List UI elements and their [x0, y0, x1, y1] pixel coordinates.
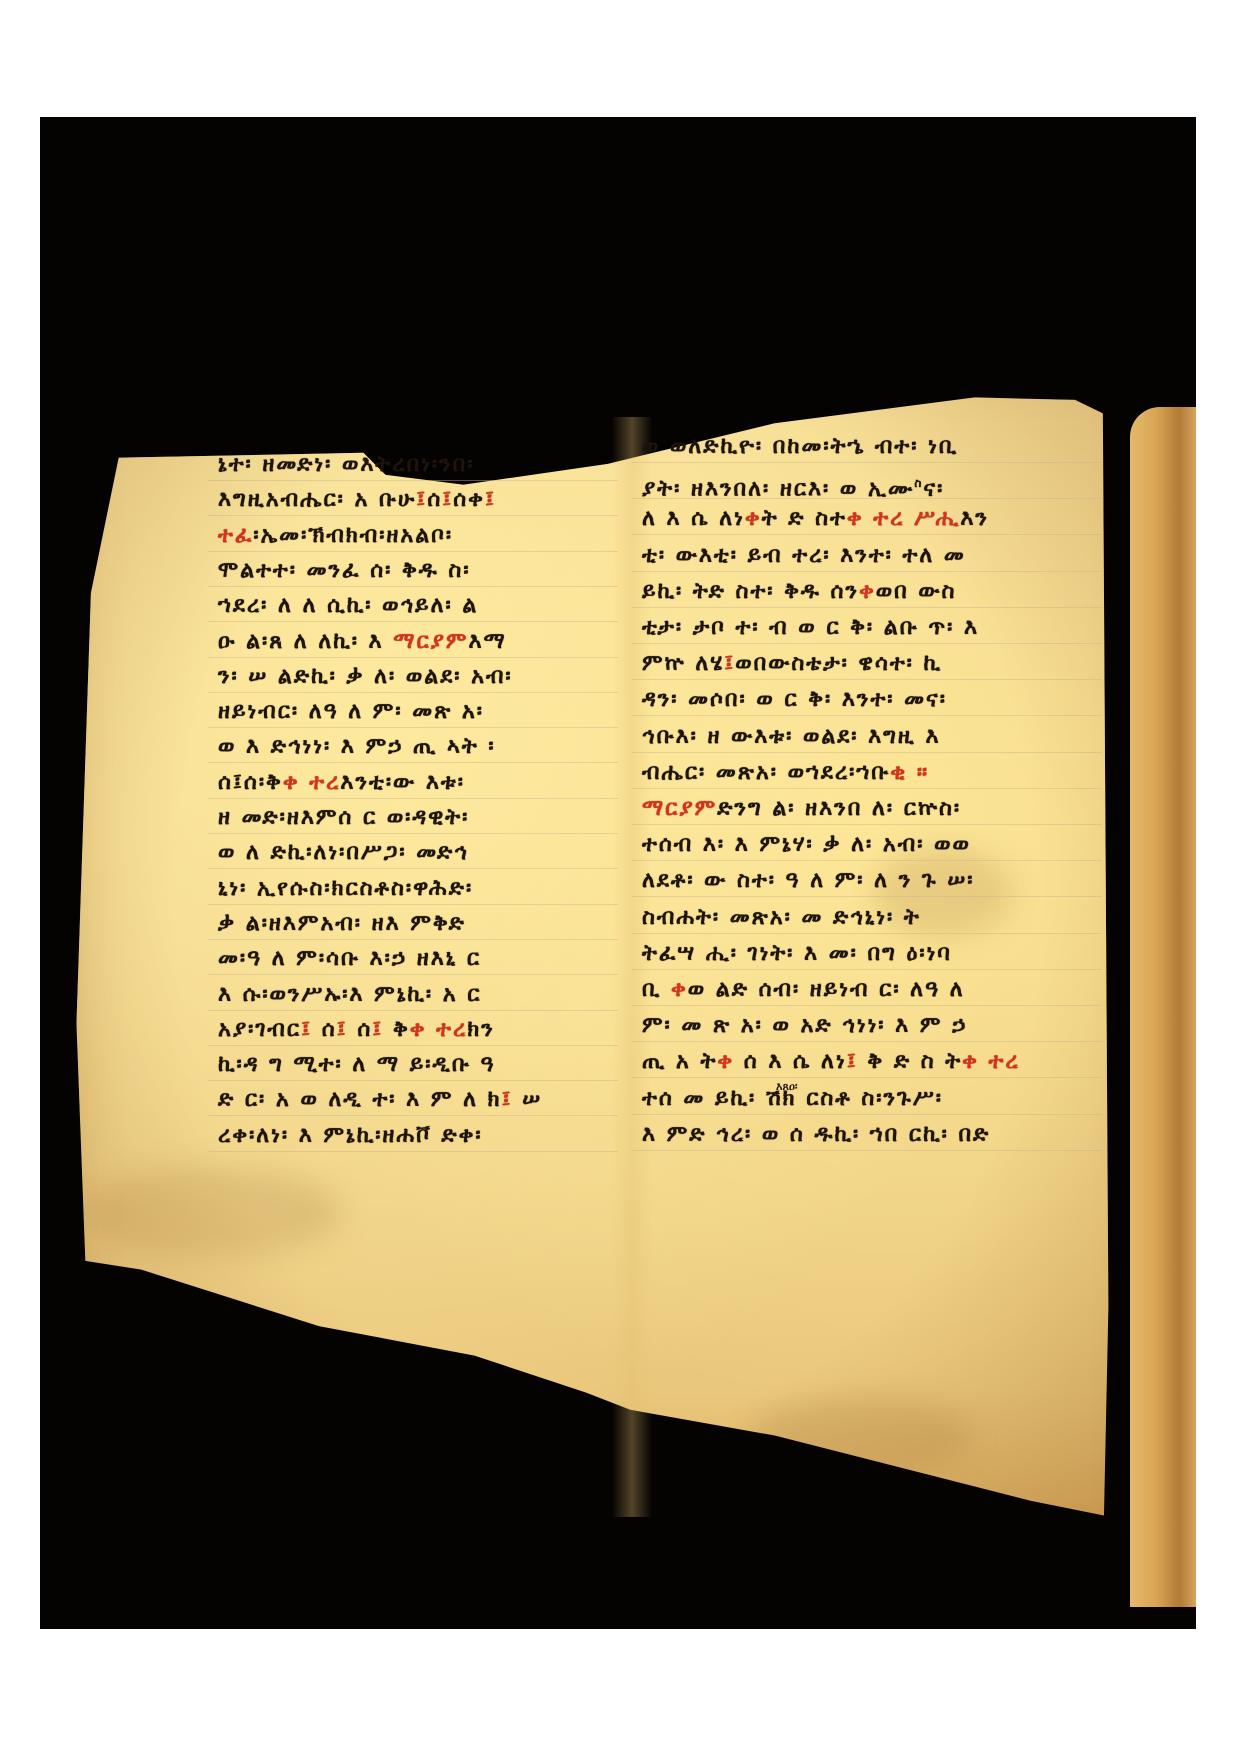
adjacent-leaf-edge — [1130, 407, 1196, 1607]
ink-text: ክን — [467, 1017, 494, 1042]
ruling-line — [208, 833, 618, 834]
manuscript-line: ወ ወለድኪዮ፡ በከመ፡ትኄ ብተ፡ ነቢ — [642, 432, 958, 462]
ink-text: ወ ወለድኪዮ፡ በከመ፡ትኄ ብተ፡ ነቢ — [642, 434, 958, 459]
manuscript-line: ኅቡእ፡ ዘ ውእቱ፡ ወልደ፡ እግዚ እ — [642, 722, 941, 752]
ink-text: ትፈሣ ሒ፡ ገነት፡ እ መ፡ በግ ዕ፡ነባ — [642, 941, 952, 966]
manuscript-line: ዘይነብር፡ ለዓ ለ ም፡ መጽ አ፡ — [218, 697, 484, 727]
ink-text: አያ፡ገብር — [218, 1017, 301, 1042]
ink-text: ኒነ፡ ኢየሱስ፡ክርስቶስ፡ዋሕድ፡ — [218, 876, 473, 901]
ink-text: ምኵ ለሄ — [642, 651, 724, 676]
ruling-line — [208, 727, 618, 728]
ink-text: ቅ — [383, 1017, 409, 1042]
manuscript-line: ዳን፡ መሶበ፡ ወ ር ቅ፡ እንተ፡ መና፡ — [642, 685, 947, 715]
ruling-line — [632, 1114, 1102, 1115]
manuscript-line: ን፡ ሠ ልድኪ፡ ቃ ለ፡ ወልደ፡ አብ፡ — [218, 662, 513, 692]
manuscript-line: ቢ ቀወ ልድ ሰብ፡ ዘይነብ ር፡ ለዓ ለ — [642, 975, 965, 1005]
ink-text: ወበውስቴታ፡ ዌሳተ፡ ኪ — [735, 651, 942, 676]
ruling-line — [208, 1151, 618, 1152]
rubric-text: ማርያም — [642, 796, 717, 821]
manuscript-line: ምኵ ለሄ፤ወበውስቴታ፡ ዌሳተ፡ ኪ — [642, 649, 942, 679]
manuscript-line: ቲ፡ ውእቲ፡ ይብ ተረ፡ እንተ፡ ተለ መ — [642, 541, 966, 571]
manuscript-line: ድ ር፡ አ ወ ለዲ ተ፡ እ ም ለ ክ፤ ሠ — [218, 1085, 542, 1115]
ruling-line — [208, 551, 618, 552]
ink-text: ለደቶ፡ ው ስተ፡ ዓ ለ ም፡ ለ ን ጉ ሠ፡ — [642, 868, 974, 893]
manuscript-line: ማርያምድንግ ል፡ ዘእንበ ለ፡ ርኵስ፡ — [642, 794, 961, 824]
rubric-text: ቂ ። — [890, 760, 929, 785]
ruling-line — [632, 679, 1102, 680]
ink-text: ኔተ፡ ዘመድነ፡ ወእትረበነ፡ንበ፡ — [218, 452, 474, 477]
ink-text: ሠ — [513, 1087, 543, 1112]
ruling-line — [632, 607, 1102, 608]
ink-text: መ፡ዓ ለ ም፡ሳቡ እ፡ኃ ዘእኒ ር — [218, 946, 481, 971]
ink-text: ወ ልድ ሰብ፡ ዘይነብ ር፡ ለዓ ለ — [688, 977, 965, 1002]
ruling-line — [208, 868, 618, 869]
ruling-line — [632, 643, 1102, 644]
manuscript-line: አያ፡ገብር፤ ሰ፤ ሰ፤ ቅቀ ተረክን — [218, 1015, 495, 1045]
ink-text: ቃ ል፡ዘእምአብ፡ ዘእ ምቅድ — [218, 911, 466, 936]
manuscript-line: ስብሐት፡ መጽአ፡ መ ድኅኒነ፡ ት — [642, 903, 921, 933]
ruling-line — [632, 462, 1102, 463]
manuscript-line: ቃ ል፡ዘእምአብ፡ ዘእ ምቅድ — [218, 909, 466, 939]
rubric-text: ፤ — [724, 651, 735, 676]
ruling-line — [208, 621, 618, 622]
manuscript-line: ረቀ፡ለነ፡ እ ምኔኪ፡ዘሐቮ ድቀ፡ — [218, 1121, 483, 1151]
rubric-text: ፤ — [847, 1049, 858, 1074]
rubric-text: ቀ ተረ ሥሒ — [847, 506, 960, 531]
manuscript-line: ለደቶ፡ ው ስተ፡ ዓ ለ ም፡ ለ ን ጉ ሠ፡ — [642, 866, 974, 896]
ruling-line — [208, 1010, 618, 1011]
ink-text: ይኪ፡ ትድ ስተ፡ ቅዱ ሰን — [642, 579, 859, 604]
rubric-text: ቀ — [745, 506, 762, 531]
ruling-line — [208, 974, 618, 975]
rubric-text: ቀ — [859, 579, 876, 604]
ink-text: ወ ለ ድኪ፡ለነ፡በሥጋ፡ መድኅ — [218, 840, 469, 865]
manuscript-line: ም፡ መ ጽ አ፡ ወ አድ ኅነነ፡ እ ም ኃ — [642, 1011, 967, 1041]
ink-text: እንቲ፡ው እቱ፡ — [340, 770, 464, 795]
ink-text: ሰ እ ሴ ለነ — [734, 1049, 847, 1074]
ruling-line — [632, 752, 1102, 753]
rubric-text: ፤ — [337, 1017, 348, 1042]
ink-text: ተሰብ እ፡ እ ምኔሃ፡ ቃ ለ፡ አብ፡ ወወ — [642, 832, 971, 857]
manuscript-line: ይኪ፡ ትድ ስተ፡ ቅዱ ሰንቀወበ ውስ — [642, 577, 956, 607]
manuscript-line: ብሔር፡ መጽአ፡ ወኀደረ፡ኀቡቂ ። — [642, 758, 929, 788]
ink-text: ወበ ውስ — [876, 579, 957, 604]
ink-text: እን — [960, 506, 989, 531]
manuscript-photograph: ኔተ፡ ዘመድነ፡ ወእትረበነ፡ንበ፡እግዚአብሔር፡ አ ቡሁ፤ሰ፤ሰቀ፤ተ… — [40, 117, 1196, 1629]
ink-text: ስብሐት፡ መጽአ፡ መ ድኅኒነ፡ ት — [642, 905, 921, 930]
ruling-line — [632, 715, 1102, 716]
ink-text: ብሔር፡ መጽአ፡ ወኀደረ፡ኀቡ — [642, 760, 890, 785]
rubric-text: ፤ — [416, 487, 427, 512]
water-stain — [82, 1167, 342, 1257]
ink-text: እ ምድ ኅረ፡ ወ ሰ ዱኪ፡ ኀበ ርኪ፡ በድ — [642, 1122, 990, 1147]
rubric-text: ቀ ተረ — [283, 770, 341, 795]
ruling-line — [208, 798, 618, 799]
ink-text: ሞልተተ፡ መንፈ ሰ፡ ቅዱ ስ፡ — [218, 558, 471, 583]
manuscript-line: ሰ፤ሰ፡ቅቀ ተረእንቲ፡ው እቱ፡ — [218, 768, 465, 798]
rubric-text: ፤ — [301, 1017, 312, 1042]
ink-text: ን፡ ሠ ልድኪ፡ ቃ ለ፡ ወልደ፡ አብ፡ — [218, 664, 513, 689]
ruling-line — [632, 534, 1102, 535]
ink-text: ረቀ፡ለነ፡ እ ምኔኪ፡ዘሐቮ ድቀ፡ — [218, 1123, 483, 1148]
manuscript-line: ዘ መድ፡ዘእምሰ ር ወ፡ዳዊት፡ — [218, 803, 469, 833]
ink-text: እግዚአብሔር፡ አ ቡሁ — [218, 487, 416, 512]
manuscript-line: ተፈ፡ኤመ፡ኽብክብ፡ዘአልቦ፡ — [218, 521, 453, 551]
ruling-line — [208, 1080, 618, 1081]
ruling-line — [632, 1041, 1102, 1042]
manuscript-line: ጢ አ ትቀ ሰ እ ሴ ለነ፤ ቅ ድ ስ ትቀ ተረ — [642, 1047, 1020, 1077]
ruling-line — [632, 571, 1102, 572]
rubric-text: ፤ — [372, 1017, 383, 1042]
ruling-line — [632, 896, 1102, 897]
ruling-line — [208, 762, 618, 763]
ink-text: ለ እ ሴ ለነ — [642, 506, 745, 531]
manuscript-line: ኀደረ፡ ለ ለ ሲኪ፡ ወኅይለ፡ ል — [218, 591, 478, 621]
manuscript-line: ወ እ ድኅነነ፡ እ ምኃ ጢ ኣት ፡ — [218, 732, 496, 762]
rubric-text: ፤ — [485, 487, 496, 512]
ink-text: ሰ — [427, 487, 442, 512]
ink-text: ኪ፡ዳ ግ ሚተ፡ ለ ማ ይ፡ዲቡ ዓ — [218, 1052, 496, 1077]
ink-text: ቅ ድ ስ ት — [858, 1049, 962, 1074]
ink-text: ዑ ል፡ጸ ለ ለኪ፡ እ — [218, 629, 393, 654]
ruling-line — [632, 788, 1102, 789]
rubric-text: ተፈ — [218, 523, 253, 548]
ruling-line — [208, 480, 618, 481]
water-stain — [752, 1397, 972, 1477]
manuscript-line: እ ሱ፡ወንሥኡ፡እ ምኔኪ፡ አ ር — [218, 980, 481, 1010]
manuscript-line: እ ምድ ኅረ፡ ወ ሰ ዱኪ፡ ኀበ ርኪ፡ በድ — [642, 1120, 990, 1150]
ink-text: ኅቡእ፡ ዘ ውእቱ፡ ወልደ፡ እግዚ እ — [642, 724, 941, 749]
ruling-line — [208, 515, 618, 516]
ink-text: እ ሱ፡ወንሥኡ፡እ ምኔኪ፡ አ ር — [218, 982, 481, 1007]
ink-text: እማ — [468, 629, 506, 654]
ink-text: ሰቀ — [453, 487, 485, 512]
rubric-text: ፤ — [442, 487, 453, 512]
ink-text: ወ እ ድኅነነ፡ እ ምኃ ጢ ኣት ፡ — [218, 734, 496, 759]
ink-text: ያት፡ ዘእንበለ፡ ዘርእ፡ ወ ኢሙ — [642, 477, 914, 502]
ink-text: ት ድ ስተ — [762, 506, 847, 531]
manuscript-line: ቲታ፡ ታቦ ተ፡ ብ ወ ር ቅ፡ ልቡ ጥ፡ እ — [642, 613, 979, 643]
manuscript-line: ኔተ፡ ዘመድነ፡ ወእትረበነ፡ንበ፡ — [218, 450, 474, 480]
rubric-text: ቀ ተረ — [410, 1017, 468, 1042]
ink-text: ዘይነብር፡ ለዓ ለ ም፡ መጽ አ፡ — [218, 699, 484, 724]
ink-text: ጢ አ ት — [642, 1049, 717, 1074]
manuscript-line: ሞልተተ፡ መንፈ ሰ፡ ቅዱ ስ፡ — [218, 556, 471, 586]
ruling-line — [208, 586, 618, 587]
ruling-line — [208, 904, 618, 905]
ruling-line — [632, 1150, 1102, 1151]
ruling-line — [632, 824, 1102, 825]
ruling-line — [632, 1005, 1102, 1006]
ruling-line — [632, 969, 1102, 970]
ink-text: ም፡ መ ጽ አ፡ ወ አድ ኅነነ፡ እ ም ኃ — [642, 1013, 967, 1038]
ink-text: ቲ፡ ውእቲ፡ ይብ ተረ፡ እንተ፡ ተለ መ — [642, 543, 966, 568]
rubric-text: ፤ — [502, 1087, 513, 1112]
interlinear-note: እጸዐ፡ — [776, 1080, 798, 1094]
manuscript-line: ትፈሣ ሒ፡ ገነት፡ እ መ፡ በግ ዕ፡ነባ — [642, 939, 952, 969]
manuscript-line: ዑ ል፡ጸ ለ ለኪ፡ እ ማርያምእማ — [218, 627, 507, 657]
ruling-line — [208, 692, 618, 693]
ink-text: ድንግ ል፡ ዘእንበ ለ፡ ርኵስ፡ — [717, 796, 961, 821]
rubric-text: ቀ — [671, 977, 688, 1002]
ruling-line — [208, 939, 618, 940]
ruling-line — [632, 933, 1102, 934]
ruling-line — [632, 860, 1102, 861]
ruling-line — [632, 1077, 1102, 1078]
manuscript-line: ያት፡ ዘእንበለ፡ ዘርእ፡ ወ ኢሙስና፡ — [642, 468, 944, 504]
manuscript-line: እግዚአብሔር፡ አ ቡሁ፤ሰ፤ሰቀ፤ — [218, 485, 496, 515]
ink-text: ቢ — [642, 977, 671, 1002]
ruling-line — [208, 1045, 618, 1046]
ruling-line — [208, 657, 618, 658]
ink-text: ኀደረ፡ ለ ለ ሲኪ፡ ወኅይለ፡ ል — [218, 593, 478, 618]
ink-text: ሰ፤ሰ፡ቅ — [218, 770, 283, 795]
manuscript-line: መ፡ዓ ለ ም፡ሳቡ እ፡ኃ ዘእኒ ር — [218, 944, 481, 974]
ink-text: ቲታ፡ ታቦ ተ፡ ብ ወ ር ቅ፡ ልቡ ጥ፡ እ — [642, 615, 979, 640]
manuscript-line: ተሰብ እ፡ እ ምኔሃ፡ ቃ ለ፡ አብ፡ ወወ — [642, 830, 971, 860]
rubric-text: ቀ ተረ — [962, 1049, 1020, 1074]
manuscript-line: ለ እ ሴ ለነቀት ድ ስተቀ ተረ ሥሒእን — [642, 504, 989, 534]
ruling-line — [208, 1115, 618, 1116]
ink-text: ና፡ — [923, 477, 944, 502]
ink-text: ሰ — [312, 1017, 337, 1042]
manuscript-line: ወ ለ ድኪ፡ለነ፡በሥጋ፡ መድኅ — [218, 838, 469, 868]
rubric-text: ቀ — [717, 1049, 734, 1074]
ink-text: ድ ር፡ አ ወ ለዲ ተ፡ እ ም ለ ክ — [218, 1087, 502, 1112]
rubric-text: ማርያም — [393, 629, 468, 654]
manuscript-line: ኒነ፡ ኢየሱስ፡ክርስቶስ፡ዋሕድ፡ — [218, 874, 473, 904]
ink-text: ዘ መድ፡ዘእምሰ ር ወ፡ዳዊት፡ — [218, 805, 469, 830]
manuscript-line: ኪ፡ዳ ግ ሚተ፡ ለ ማ ይ፡ዲቡ ዓ — [218, 1050, 496, 1080]
ink-text: ዳን፡ መሶበ፡ ወ ር ቅ፡ እንተ፡ መና፡ — [642, 687, 947, 712]
ink-text: ሰ — [348, 1017, 373, 1042]
ink-text: ፡ኤመ፡ኽብክብ፡ዘአልቦ፡ — [253, 523, 453, 548]
